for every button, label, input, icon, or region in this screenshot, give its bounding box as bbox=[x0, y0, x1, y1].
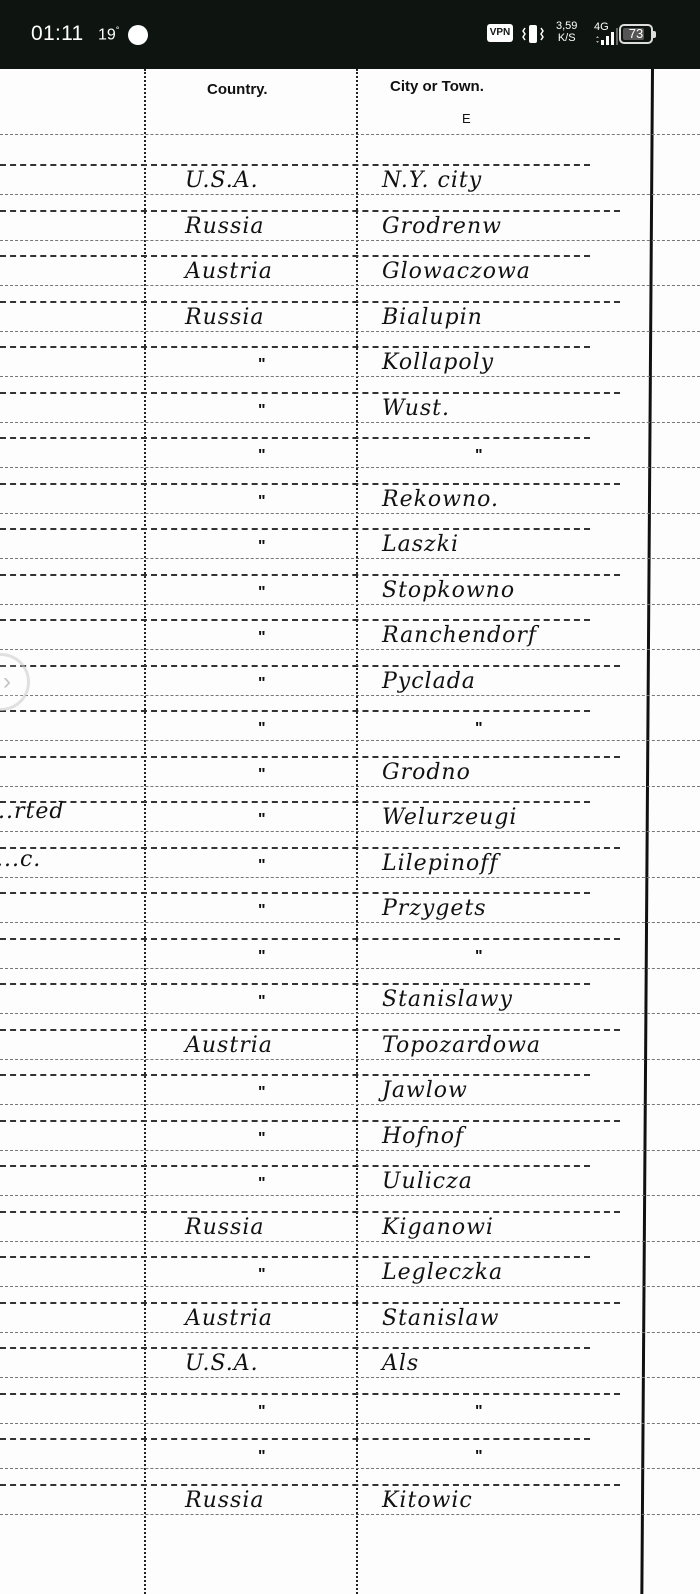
country-cell: " bbox=[258, 766, 266, 784]
row-rule bbox=[0, 710, 590, 712]
row-baseline bbox=[0, 740, 700, 741]
country-cell: " bbox=[258, 857, 266, 875]
city-cell: Topozardowa bbox=[382, 1033, 541, 1058]
country-cell: Austria bbox=[185, 259, 273, 284]
row-baseline bbox=[0, 376, 700, 377]
row-rule bbox=[0, 1484, 620, 1486]
country-cell: Russia bbox=[185, 214, 264, 239]
row-baseline bbox=[0, 331, 700, 332]
chevron-right-icon: › bbox=[3, 668, 11, 696]
country-cell: U.S.A. bbox=[185, 168, 259, 193]
city-cell: " bbox=[475, 948, 483, 966]
country-cell: " bbox=[258, 902, 266, 920]
weather-temperature: 19° bbox=[98, 25, 119, 44]
row-baseline bbox=[0, 467, 700, 468]
speed-value: 3,59 bbox=[556, 20, 577, 32]
row-rule bbox=[0, 483, 620, 485]
row-rule bbox=[0, 437, 590, 439]
battery-level: 73 bbox=[621, 26, 651, 42]
row-rule bbox=[0, 1393, 620, 1395]
row-baseline bbox=[0, 877, 700, 878]
row-baseline bbox=[0, 968, 700, 969]
row-rule bbox=[0, 346, 590, 348]
row-rule bbox=[0, 1074, 590, 1076]
country-header: Country. bbox=[207, 81, 268, 98]
row-rule bbox=[0, 1211, 620, 1213]
row-rule bbox=[0, 210, 620, 212]
country-cell: U.S.A. bbox=[185, 1351, 259, 1376]
country-cell: " bbox=[258, 1448, 266, 1466]
city-cell: Grodrenw bbox=[382, 214, 502, 239]
clock: 01:11 bbox=[31, 22, 84, 46]
row-rule bbox=[0, 892, 590, 894]
city-cell: Jawlow bbox=[382, 1078, 468, 1103]
row-rule bbox=[0, 392, 620, 394]
country-cell: " bbox=[258, 993, 266, 1011]
city-cell: Legleczka bbox=[382, 1260, 503, 1285]
temperature-value: 19 bbox=[98, 26, 116, 43]
row-baseline bbox=[0, 1241, 700, 1242]
row-baseline bbox=[0, 285, 700, 286]
row-baseline bbox=[0, 1013, 700, 1014]
city-cell: Bialupin bbox=[382, 305, 483, 330]
country-cell: " bbox=[258, 948, 266, 966]
column-mark: E bbox=[462, 111, 471, 126]
row-rule bbox=[0, 983, 590, 985]
row-rule bbox=[0, 756, 620, 758]
city-cell: Laszki bbox=[382, 532, 459, 557]
row-baseline bbox=[0, 695, 700, 696]
row-baseline bbox=[0, 558, 700, 559]
row-rule bbox=[0, 1347, 590, 1349]
row-baseline bbox=[0, 422, 700, 423]
left-fragment: ...c. bbox=[0, 847, 41, 872]
battery-icon: 73 bbox=[619, 24, 653, 44]
notification-dot-icon bbox=[128, 25, 148, 45]
city-cell: Rekowno. bbox=[382, 487, 499, 512]
row-rule bbox=[0, 164, 590, 166]
country-cell: " bbox=[258, 1175, 266, 1193]
city-cell: " bbox=[475, 447, 483, 465]
country-cell: " bbox=[258, 720, 266, 738]
row-rule bbox=[0, 301, 620, 303]
city-cell: Stopkowno bbox=[382, 578, 515, 603]
country-cell: " bbox=[258, 356, 266, 374]
vibrate-icon bbox=[522, 24, 544, 44]
country-cell: " bbox=[258, 1084, 266, 1102]
country-cell: " bbox=[258, 1403, 266, 1421]
row-baseline bbox=[0, 649, 700, 650]
row-baseline bbox=[0, 1423, 700, 1424]
country-cell: " bbox=[258, 811, 266, 829]
city-cell: " bbox=[475, 1448, 483, 1466]
row-rule bbox=[0, 619, 590, 621]
city-cell: Kiganowi bbox=[382, 1215, 494, 1240]
city-cell: Grodno bbox=[382, 760, 471, 785]
row-rule bbox=[0, 1438, 590, 1440]
country-cell: " bbox=[258, 493, 266, 511]
row-baseline bbox=[0, 786, 700, 787]
row-baseline bbox=[0, 1104, 700, 1105]
country-cell: " bbox=[258, 447, 266, 465]
city-cell: " bbox=[475, 1403, 483, 1421]
city-cell: Glowaczowa bbox=[382, 259, 531, 284]
city-cell: Przygets bbox=[382, 896, 487, 921]
row-rule bbox=[0, 801, 590, 803]
document-image[interactable]: Country. City or Town. E U.S.A.N.Y. city… bbox=[0, 69, 700, 1594]
row-rule bbox=[0, 847, 620, 849]
row-baseline bbox=[0, 1514, 700, 1515]
country-cell: " bbox=[258, 538, 266, 556]
row-baseline bbox=[0, 1377, 700, 1378]
city-cell: Wust. bbox=[382, 396, 450, 421]
city-cell: Welurzeugi bbox=[382, 805, 517, 830]
city-cell: " bbox=[475, 720, 483, 738]
vpn-icon: VPN bbox=[487, 24, 513, 42]
row-rule bbox=[0, 665, 620, 667]
row-rule bbox=[0, 1256, 590, 1258]
network-speed: 3,59 K/S bbox=[556, 20, 577, 44]
row-baseline bbox=[0, 194, 700, 195]
city-cell: Pyclada bbox=[382, 669, 476, 694]
left-fragment: ...rted bbox=[0, 799, 64, 824]
city-cell: Lilepinoff bbox=[382, 851, 499, 876]
row-baseline bbox=[0, 240, 700, 241]
country-cell: Russia bbox=[185, 305, 264, 330]
country-cell: Austria bbox=[185, 1306, 273, 1331]
row-rule bbox=[0, 1302, 620, 1304]
city-cell: Stanislawy bbox=[382, 987, 513, 1012]
rule bbox=[0, 134, 700, 135]
country-cell: Austria bbox=[185, 1033, 273, 1058]
row-baseline bbox=[0, 1286, 700, 1287]
city-cell: Kollapoly bbox=[382, 350, 494, 375]
speed-unit: K/S bbox=[556, 32, 577, 44]
degree-symbol: ° bbox=[116, 25, 120, 35]
city-cell: Hofnof bbox=[382, 1124, 464, 1149]
row-baseline bbox=[0, 1195, 700, 1196]
country-cell: " bbox=[258, 1130, 266, 1148]
row-baseline bbox=[0, 831, 700, 832]
row-rule bbox=[0, 938, 620, 940]
row-baseline bbox=[0, 1332, 700, 1333]
country-cell: " bbox=[258, 402, 266, 420]
page-forward-button[interactable]: › bbox=[0, 653, 30, 711]
country-cell: Russia bbox=[185, 1215, 264, 1240]
row-rule bbox=[0, 574, 620, 576]
city-cell: Uulicza bbox=[382, 1169, 473, 1194]
city-cell: N.Y. city bbox=[382, 168, 482, 193]
city-cell: Stanislaw bbox=[382, 1306, 500, 1331]
country-cell: " bbox=[258, 584, 266, 602]
row-baseline bbox=[0, 922, 700, 923]
country-cell: " bbox=[258, 1266, 266, 1284]
row-rule bbox=[0, 528, 590, 530]
city-cell: Ranchendorf bbox=[382, 623, 537, 648]
city-cell: Kitowic bbox=[382, 1488, 473, 1513]
row-rule bbox=[0, 1029, 620, 1031]
row-rule bbox=[0, 255, 590, 257]
city-cell: Als bbox=[382, 1351, 419, 1376]
row-baseline bbox=[0, 1468, 700, 1469]
row-rule bbox=[0, 1120, 620, 1122]
row-baseline bbox=[0, 1150, 700, 1151]
country-cell: Russia bbox=[185, 1488, 264, 1513]
row-baseline bbox=[0, 604, 700, 605]
status-bar: 01:11 19° VPN 3,59 K/S 4G 73 bbox=[0, 0, 700, 69]
row-rule bbox=[0, 1165, 590, 1167]
row-baseline bbox=[0, 1059, 700, 1060]
country-cell: " bbox=[258, 629, 266, 647]
row-baseline bbox=[0, 513, 700, 514]
country-cell: " bbox=[258, 675, 266, 693]
city-header: City or Town. bbox=[390, 78, 484, 95]
